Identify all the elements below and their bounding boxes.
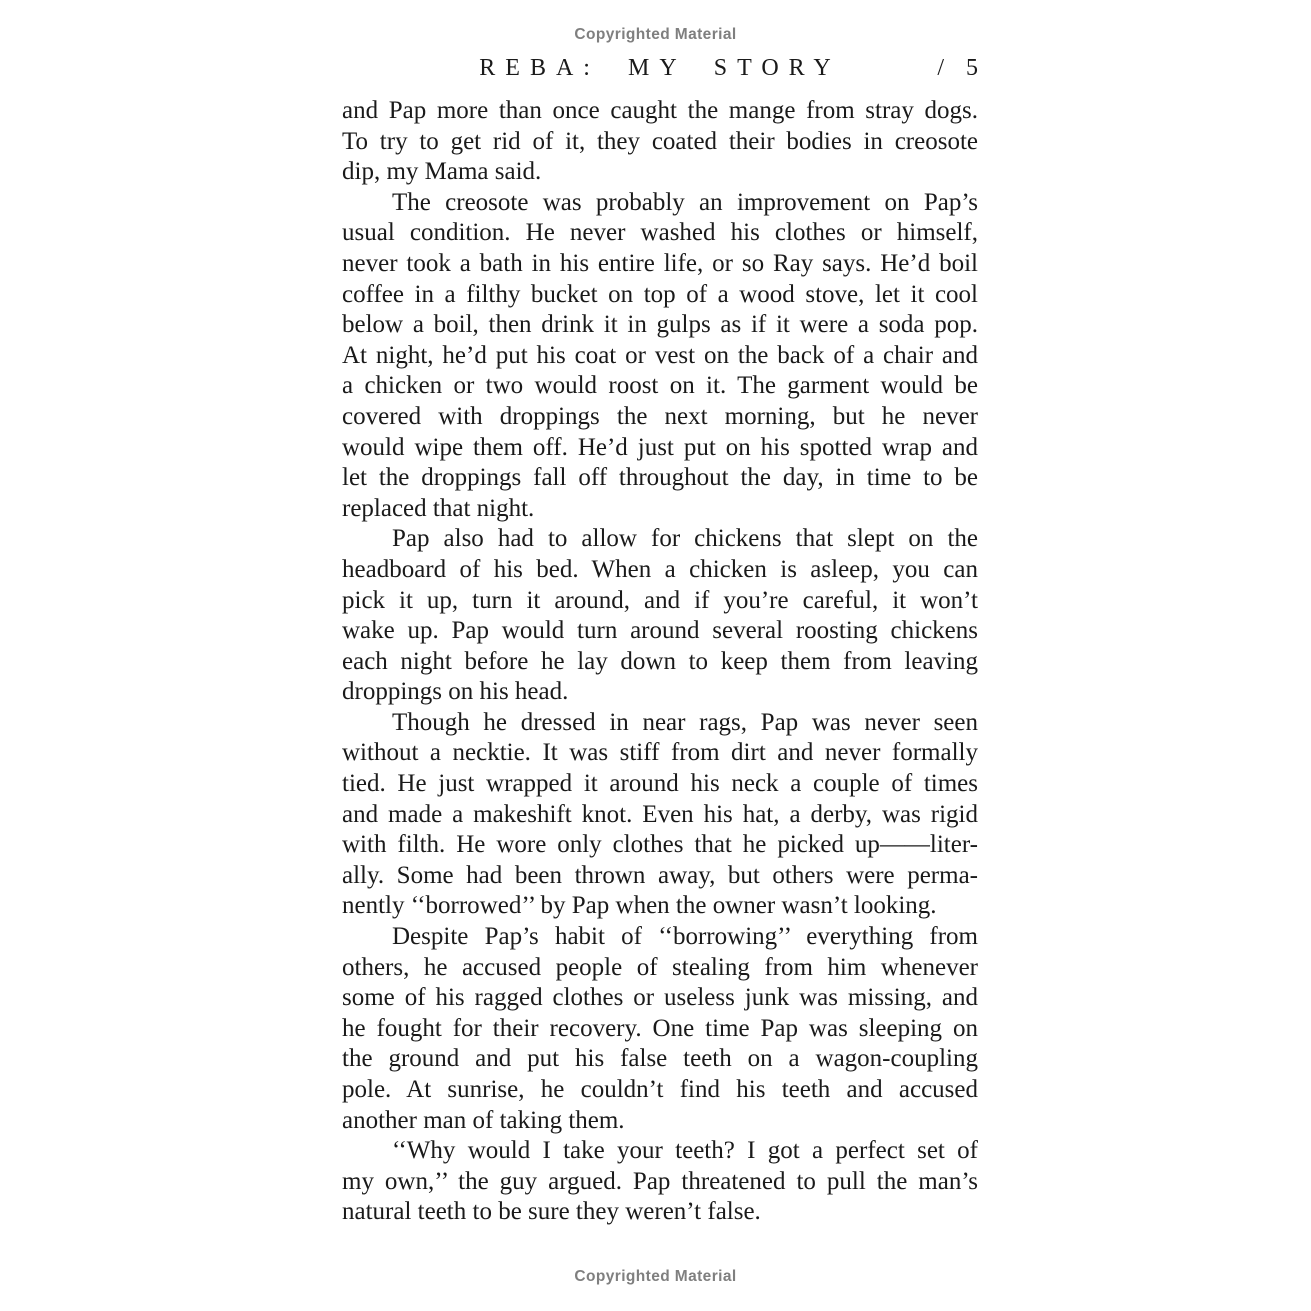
text-line: Pap also had to allow for chickens that … [342,524,978,555]
text-line: At night, he’d put his coat or vest on t… [342,341,978,372]
page-header: REBA: MY STORY / 5 [342,55,978,87]
text-line: below a boil, then drink it in gulps as … [342,310,978,341]
text-line: ‘‘Why would I take your teeth? I got a p… [342,1136,978,1167]
text-line: tied. He just wrapped it around his neck… [342,769,978,800]
body-text: and Pap more than once caught the mange … [342,96,978,1228]
page-number: / 5 [937,55,986,82]
text-line: Despite Pap’s habit of ‘‘borrowing’’ eve… [342,922,978,953]
text-line: headboard of his bed. When a chicken is … [342,555,978,586]
text-line: usual condition. He never washed his clo… [342,218,978,249]
text-line: he fought for their recovery. One time P… [342,1014,978,1045]
copyright-notice-bottom: Copyrighted Material [0,1268,1311,1286]
paragraph: Pap also had to allow for chickens that … [342,524,978,708]
text-line: coffee in a filthy bucket on top of a wo… [342,280,978,311]
paragraph: Despite Pap’s habit of ‘‘borrowing’’ eve… [342,922,978,1136]
text-line: and Pap more than once caught the mange … [342,96,978,127]
paragraph: ‘‘Why would I take your teeth? I got a p… [342,1136,978,1228]
text-line: and made a makeshift knot. Even his hat,… [342,800,978,831]
paragraph: The creosote was probably an improvement… [342,188,978,525]
text-line: pick it up, turn it around, and if you’r… [342,586,978,617]
text-line: with filth. He wore only clothes that he… [342,830,978,861]
running-head-title: REBA: MY STORY [342,55,978,82]
text-line: Though he dressed in near rags, Pap was … [342,708,978,739]
text-line: wake up. Pap would turn around several r… [342,616,978,647]
text-line: covered with droppings the next morning,… [342,402,978,433]
text-line: without a necktie. It was stiff from dir… [342,738,978,769]
text-line: ally. Some had been thrown away, but oth… [342,861,978,892]
text-line: some of his ragged clothes or useless ju… [342,983,978,1014]
text-line: my own,’’ the guy argued. Pap threatened… [342,1167,978,1198]
text-line: the ground and put his false teeth on a … [342,1044,978,1075]
text-line: never took a bath in his entire life, or… [342,249,978,280]
text-line: let the droppings fall off throughout th… [342,463,978,494]
paragraph: and Pap more than once caught the mange … [342,96,978,188]
text-line: each night before he lay down to keep th… [342,647,978,678]
copyright-notice-top: Copyrighted Material [0,26,1311,44]
text-line: To try to get rid of it, they coated the… [342,127,978,158]
text-line: nently ‘‘borrowed’’ by Pap when the owne… [342,891,978,922]
text-line: natural teeth to be sure they weren’t fa… [342,1197,978,1228]
text-line: replaced that night. [342,494,978,525]
text-line: The creosote was probably an improvement… [342,188,978,219]
text-line: dip, my Mama said. [342,157,978,188]
book-page: Copyrighted Material REBA: MY STORY / 5 … [0,0,1311,1311]
text-line: a chicken or two would roost on it. The … [342,371,978,402]
text-line: others, he accused people of stealing fr… [342,953,978,984]
paragraph: Though he dressed in near rags, Pap was … [342,708,978,922]
text-line: would wipe them off. He’d just put on hi… [342,433,978,464]
text-line: pole. At sunrise, he couldn’t find his t… [342,1075,978,1106]
text-line: another man of taking them. [342,1106,978,1137]
text-line: droppings on his head. [342,677,978,708]
